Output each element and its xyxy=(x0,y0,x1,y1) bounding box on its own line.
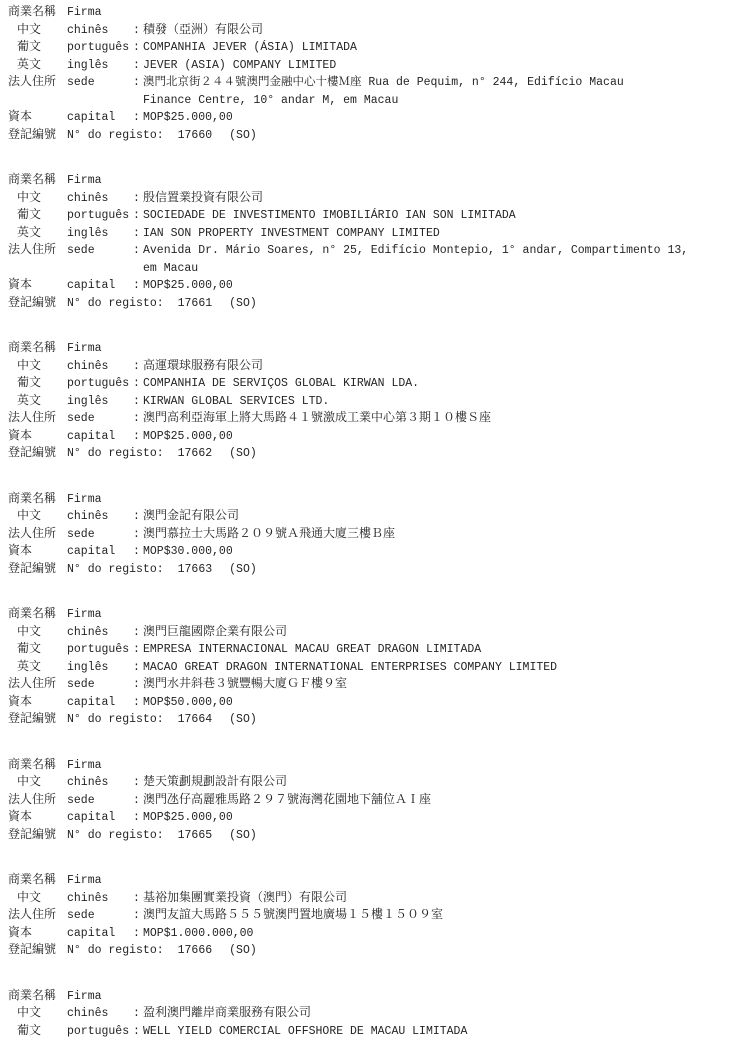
row-registration: 登記編號 N° do registo: 17666 (SO) xyxy=(8,942,745,960)
row-chinese-name: 中文 chinês : 澳門巨龍國際企業有限公司 xyxy=(8,624,745,642)
label-capital-pt: capital xyxy=(67,277,133,295)
registration-suffix: (SO) xyxy=(229,942,257,960)
label-english-pt: inglês xyxy=(67,659,133,677)
colon: : xyxy=(133,358,143,376)
row-portuguese-name: 葡文 português : COMPANHIA JEVER (ÁSIA) LI… xyxy=(8,39,745,57)
label-english-zh: 英文 xyxy=(8,659,67,677)
label-capital-pt: capital xyxy=(67,809,133,827)
label-registration-pt: N° do registo: xyxy=(67,942,164,960)
row-address: 法人住所 sede : 澳門慕拉士大馬路２０９號Ａ飛通大廈三樓Ｂ座 xyxy=(8,526,745,544)
label-capital-pt: capital xyxy=(67,109,133,127)
registration-number: 17665 xyxy=(178,827,213,845)
row-chinese-name: 中文 chinês : 基裕加集團實業投資（澳門）有限公司 xyxy=(8,890,745,908)
label-english-pt: inglês xyxy=(67,57,133,75)
chinese-name-value: 楚天策劃規劃設計有限公司 xyxy=(143,774,745,792)
capital-value: MOP$25.000,00 xyxy=(143,277,745,295)
label-chinese-pt: chinês xyxy=(67,190,133,208)
portuguese-name-value: SOCIEDADE DE INVESTIMENTO IMOBILIÁRIO IA… xyxy=(143,207,745,225)
colon: : xyxy=(133,659,143,677)
label-portuguese-pt: português xyxy=(67,39,133,57)
registration-suffix: (SO) xyxy=(229,561,257,579)
label-address-zh: 法人住所 xyxy=(8,74,67,92)
label-address-pt: sede xyxy=(67,74,133,92)
row-registration: 登記編號 N° do registo: 17660 (SO) xyxy=(8,127,745,145)
colon: : xyxy=(133,792,143,810)
capital-value: MOP$30.000,00 xyxy=(143,543,745,561)
row-portuguese-name: 葡文 português : WELL YIELD COMERCIAL OFFS… xyxy=(8,1023,745,1041)
colon: : xyxy=(133,207,143,225)
label-capital-zh: 資本 xyxy=(8,109,67,127)
label-capital-zh: 資本 xyxy=(8,543,67,561)
colon: : xyxy=(133,641,143,659)
row-firma: 商業名稱 Firma xyxy=(8,757,745,775)
address-value: 澳門北京街２４４號澳門金融中心十樓Ｍ座 Rua de Pequim, n° 24… xyxy=(143,74,745,92)
label-address-pt: sede xyxy=(67,676,133,694)
row-english-name: 英文 inglês : IAN SON PROPERTY INVESTMENT … xyxy=(8,225,745,243)
label-registration-zh: 登記編號 xyxy=(8,295,67,313)
row-chinese-name: 中文 chinês : 盈利澳門離岸商業服務有限公司 xyxy=(8,1005,745,1023)
label-registration-pt: N° do registo: xyxy=(67,127,164,145)
label-firma-zh: 商業名稱 xyxy=(8,491,67,509)
label-registration-pt: N° do registo: xyxy=(67,561,164,579)
label-capital-zh: 資本 xyxy=(8,694,67,712)
label-english-zh: 英文 xyxy=(8,57,67,75)
capital-value: MOP$25.000,00 xyxy=(143,809,745,827)
colon: : xyxy=(133,277,143,295)
chinese-name-value: 澳門巨龍國際企業有限公司 xyxy=(143,624,745,642)
colon: : xyxy=(133,624,143,642)
label-portuguese-pt: português xyxy=(67,641,133,659)
row-registration: 登記編號 N° do registo: 17663 (SO) xyxy=(8,561,745,579)
label-capital-zh: 資本 xyxy=(8,428,67,446)
label-chinese-zh: 中文 xyxy=(8,1005,67,1023)
colon: : xyxy=(133,375,143,393)
row-address: 法人住所 sede : 澳門友誼大馬路５５５號澳門置地廣場１５樓１５０９室 xyxy=(8,907,745,925)
address-value: 澳門水井斜巷３號豐暢大廈ＧＦ樓９室 xyxy=(143,676,745,694)
address-value: 澳門高利亞海軍上將大馬路４１號激成工業中心第３期１０樓Ｓ座 xyxy=(143,410,745,428)
colon: : xyxy=(133,1005,143,1023)
colon: : xyxy=(133,57,143,75)
row-address: 法人住所 sede : Avenida Dr. Mário Soares, n°… xyxy=(8,242,745,260)
label-chinese-pt: chinês xyxy=(67,774,133,792)
label-chinese-zh: 中文 xyxy=(8,774,67,792)
row-address: 法人住所 sede : 澳門北京街２４４號澳門金融中心十樓Ｍ座 Rua de P… xyxy=(8,74,745,92)
label-chinese-zh: 中文 xyxy=(8,508,67,526)
row-firma: 商業名稱 Firma xyxy=(8,172,745,190)
row-capital: 資本 capital : MOP$25.000,00 xyxy=(8,109,745,127)
label-chinese-zh: 中文 xyxy=(8,890,67,908)
chinese-name-value: 盈利澳門離岸商業服務有限公司 xyxy=(143,1005,745,1023)
label-address-zh: 法人住所 xyxy=(8,676,67,694)
colon: : xyxy=(133,410,143,428)
colon: : xyxy=(133,1023,143,1041)
row-portuguese-name: 葡文 português : COMPANHIA DE SERVIÇOS GLO… xyxy=(8,375,745,393)
row-capital: 資本 capital : MOP$30.000,00 xyxy=(8,543,745,561)
english-name-value: IAN SON PROPERTY INVESTMENT COMPANY LIMI… xyxy=(143,225,745,243)
colon: : xyxy=(133,925,143,943)
colon: : xyxy=(133,774,143,792)
row-registration: 登記編號 N° do registo: 17662 (SO) xyxy=(8,445,745,463)
address-value: 澳門慕拉士大馬路２０９號Ａ飛通大廈三樓Ｂ座 xyxy=(143,526,745,544)
label-portuguese-pt: português xyxy=(67,1023,133,1041)
label-address-pt: sede xyxy=(67,242,133,260)
label-chinese-pt: chinês xyxy=(67,508,133,526)
colon: : xyxy=(133,907,143,925)
capital-value: MOP$25.000,00 xyxy=(143,428,745,446)
colon: : xyxy=(133,39,143,57)
address-value: 澳門友誼大馬路５５５號澳門置地廣場１５樓１５０９室 xyxy=(143,907,745,925)
chinese-name-value: 基裕加集團實業投資（澳門）有限公司 xyxy=(143,890,745,908)
colon: : xyxy=(133,109,143,127)
portuguese-name-value: COMPANHIA JEVER (ÁSIA) LIMITADA xyxy=(143,39,745,57)
row-address: 法人住所 sede : 澳門高利亞海軍上將大馬路４１號激成工業中心第３期１０樓Ｓ… xyxy=(8,410,745,428)
row-registration: 登記編號 N° do registo: 17661 (SO) xyxy=(8,295,745,313)
label-chinese-pt: chinês xyxy=(67,1005,133,1023)
label-registration-pt: N° do registo: xyxy=(67,711,164,729)
label-address-pt: sede xyxy=(67,907,133,925)
english-name-value: JEVER (ASIA) COMPANY LIMITED xyxy=(143,57,745,75)
label-english-pt: inglês xyxy=(67,393,133,411)
label-firma-zh: 商業名稱 xyxy=(8,606,67,624)
row-capital: 資本 capital : MOP$25.000,00 xyxy=(8,428,745,446)
row-portuguese-name: 葡文 português : EMPRESA INTERNACIONAL MAC… xyxy=(8,641,745,659)
registration-number: 17661 xyxy=(178,295,213,313)
label-firma-zh: 商業名稱 xyxy=(8,340,67,358)
row-chinese-name: 中文 chinês : 積發（亞洲）有限公司 xyxy=(8,22,745,40)
registration-suffix: (SO) xyxy=(229,295,257,313)
registry-document-page: 商業名稱 Firma 中文 chinês : 積發（亞洲）有限公司 葡文 por… xyxy=(0,0,745,1040)
registration-suffix: (SO) xyxy=(229,827,257,845)
label-chinese-pt: chinês xyxy=(67,890,133,908)
portuguese-name-value: COMPANHIA DE SERVIÇOS GLOBAL KIRWAN LDA. xyxy=(143,375,745,393)
label-chinese-zh: 中文 xyxy=(8,22,67,40)
portuguese-name-value: WELL YIELD COMERCIAL OFFSHORE DE MACAU L… xyxy=(143,1023,745,1041)
row-address-continued: Finance Centre, 10° andar M, em Macau xyxy=(8,92,745,110)
label-registration-zh: 登記編號 xyxy=(8,942,67,960)
label-capital-zh: 資本 xyxy=(8,809,67,827)
colon: : xyxy=(133,190,143,208)
registry-entry: 商業名稱 Firma 中文 chinês : 盈利澳門離岸商業服務有限公司 葡文… xyxy=(8,988,745,1041)
registry-entry: 商業名稱 Firma 中文 chinês : 澳門巨龍國際企業有限公司 葡文 p… xyxy=(8,606,745,729)
colon: : xyxy=(133,225,143,243)
row-chinese-name: 中文 chinês : 澳門金記有限公司 xyxy=(8,508,745,526)
label-firma-pt: Firma xyxy=(67,988,133,1006)
label-registration-zh: 登記編號 xyxy=(8,827,67,845)
label-chinese-pt: chinês xyxy=(67,624,133,642)
label-firma-pt: Firma xyxy=(67,340,133,358)
registration-suffix: (SO) xyxy=(229,127,257,145)
label-registration-pt: N° do registo: xyxy=(67,295,164,313)
registration-number: 17664 xyxy=(178,711,213,729)
colon: : xyxy=(133,508,143,526)
colon: : xyxy=(133,393,143,411)
colon: : xyxy=(133,694,143,712)
row-capital: 資本 capital : MOP$50.000,00 xyxy=(8,694,745,712)
row-portuguese-name: 葡文 português : SOCIEDADE DE INVESTIMENTO… xyxy=(8,207,745,225)
label-chinese-pt: chinês xyxy=(67,358,133,376)
colon: : xyxy=(133,676,143,694)
row-firma: 商業名稱 Firma xyxy=(8,872,745,890)
label-address-pt: sede xyxy=(67,410,133,428)
registry-entry: 商業名稱 Firma 中文 chinês : 高運環球服務有限公司 葡文 por… xyxy=(8,340,745,463)
label-registration-zh: 登記編號 xyxy=(8,127,67,145)
label-firma-pt: Firma xyxy=(67,172,133,190)
registration-number: 17662 xyxy=(178,445,213,463)
label-address-zh: 法人住所 xyxy=(8,792,67,810)
label-capital-zh: 資本 xyxy=(8,925,67,943)
english-name-value: KIRWAN GLOBAL SERVICES LTD. xyxy=(143,393,745,411)
registration-suffix: (SO) xyxy=(229,711,257,729)
row-address-continued: em Macau xyxy=(8,260,745,278)
label-address-zh: 法人住所 xyxy=(8,410,67,428)
label-chinese-pt: chinês xyxy=(67,22,133,40)
chinese-name-value: 澳門金記有限公司 xyxy=(143,508,745,526)
registration-number: 17660 xyxy=(178,127,213,145)
colon: : xyxy=(133,428,143,446)
label-registration-zh: 登記編號 xyxy=(8,445,67,463)
label-chinese-zh: 中文 xyxy=(8,190,67,208)
registry-entry: 商業名稱 Firma 中文 chinês : 積發（亞洲）有限公司 葡文 por… xyxy=(8,4,745,144)
row-english-name: 英文 inglês : KIRWAN GLOBAL SERVICES LTD. xyxy=(8,393,745,411)
label-firma-pt: Firma xyxy=(67,757,133,775)
label-firma-zh: 商業名稱 xyxy=(8,988,67,1006)
row-capital: 資本 capital : MOP$25.000,00 xyxy=(8,277,745,295)
address-value: 澳門氹仔高麗雅馬路２９７號海灣花園地下舖位ＡＩ座 xyxy=(143,792,745,810)
colon: : xyxy=(133,809,143,827)
row-address: 法人住所 sede : 澳門水井斜巷３號豐暢大廈ＧＦ樓９室 xyxy=(8,676,745,694)
address-value-line2: em Macau xyxy=(143,260,745,278)
row-capital: 資本 capital : MOP$1.000.000,00 xyxy=(8,925,745,943)
address-value: Avenida Dr. Mário Soares, n° 25, Edifíci… xyxy=(143,242,745,260)
label-firma-zh: 商業名稱 xyxy=(8,172,67,190)
registration-number: 17666 xyxy=(178,942,213,960)
label-capital-pt: capital xyxy=(67,543,133,561)
row-capital: 資本 capital : MOP$25.000,00 xyxy=(8,809,745,827)
label-english-zh: 英文 xyxy=(8,393,67,411)
label-firma-zh: 商業名稱 xyxy=(8,4,67,22)
label-firma-zh: 商業名稱 xyxy=(8,757,67,775)
label-capital-pt: capital xyxy=(67,428,133,446)
label-portuguese-zh: 葡文 xyxy=(8,1023,67,1041)
label-firma-pt: Firma xyxy=(67,4,133,22)
label-address-pt: sede xyxy=(67,526,133,544)
label-portuguese-pt: português xyxy=(67,207,133,225)
registry-entry: 商業名稱 Firma 中文 chinês : 楚天策劃規劃設計有限公司 法人住所… xyxy=(8,757,745,845)
colon: : xyxy=(133,543,143,561)
row-english-name: 英文 inglês : MACAO GREAT DRAGON INTERNATI… xyxy=(8,659,745,677)
label-firma-pt: Firma xyxy=(67,872,133,890)
label-registration-zh: 登記編號 xyxy=(8,711,67,729)
row-registration: 登記編號 N° do registo: 17664 (SO) xyxy=(8,711,745,729)
row-firma: 商業名稱 Firma xyxy=(8,4,745,22)
label-registration-pt: N° do registo: xyxy=(67,445,164,463)
row-firma: 商業名稱 Firma xyxy=(8,988,745,1006)
registry-entry: 商業名稱 Firma 中文 chinês : 澳門金記有限公司 法人住所 sed… xyxy=(8,491,745,579)
label-portuguese-zh: 葡文 xyxy=(8,39,67,57)
row-english-name: 英文 inglês : JEVER (ASIA) COMPANY LIMITED xyxy=(8,57,745,75)
label-portuguese-pt: português xyxy=(67,375,133,393)
label-capital-zh: 資本 xyxy=(8,277,67,295)
row-firma: 商業名稱 Firma xyxy=(8,340,745,358)
label-firma-pt: Firma xyxy=(67,606,133,624)
label-address-zh: 法人住所 xyxy=(8,907,67,925)
label-english-zh: 英文 xyxy=(8,225,67,243)
capital-value: MOP$25.000,00 xyxy=(143,109,745,127)
row-chinese-name: 中文 chinês : 殷信置業投資有限公司 xyxy=(8,190,745,208)
label-registration-zh: 登記編號 xyxy=(8,561,67,579)
capital-value: MOP$50.000,00 xyxy=(143,694,745,712)
chinese-name-value: 積發（亞洲）有限公司 xyxy=(143,22,745,40)
row-address: 法人住所 sede : 澳門氹仔高麗雅馬路２９７號海灣花園地下舖位ＡＩ座 xyxy=(8,792,745,810)
colon: : xyxy=(133,526,143,544)
row-chinese-name: 中文 chinês : 楚天策劃規劃設計有限公司 xyxy=(8,774,745,792)
label-portuguese-zh: 葡文 xyxy=(8,207,67,225)
label-address-pt: sede xyxy=(67,792,133,810)
colon: : xyxy=(133,890,143,908)
colon: : xyxy=(133,74,143,92)
label-english-pt: inglês xyxy=(67,225,133,243)
registry-entry: 商業名稱 Firma 中文 chinês : 殷信置業投資有限公司 葡文 por… xyxy=(8,172,745,312)
chinese-name-value: 殷信置業投資有限公司 xyxy=(143,190,745,208)
colon: : xyxy=(133,22,143,40)
label-capital-pt: capital xyxy=(67,925,133,943)
label-capital-pt: capital xyxy=(67,694,133,712)
row-chinese-name: 中文 chinês : 高運環球服務有限公司 xyxy=(8,358,745,376)
english-name-value: MACAO GREAT DRAGON INTERNATIONAL ENTERPR… xyxy=(143,659,745,677)
colon: : xyxy=(133,242,143,260)
label-firma-pt: Firma xyxy=(67,491,133,509)
label-chinese-zh: 中文 xyxy=(8,624,67,642)
label-portuguese-zh: 葡文 xyxy=(8,375,67,393)
row-firma: 商業名稱 Firma xyxy=(8,606,745,624)
registry-entry: 商業名稱 Firma 中文 chinês : 基裕加集團實業投資（澳門）有限公司… xyxy=(8,872,745,960)
chinese-name-value: 高運環球服務有限公司 xyxy=(143,358,745,376)
row-registration: 登記編號 N° do registo: 17665 (SO) xyxy=(8,827,745,845)
registration-suffix: (SO) xyxy=(229,445,257,463)
label-registration-pt: N° do registo: xyxy=(67,827,164,845)
label-portuguese-zh: 葡文 xyxy=(8,641,67,659)
label-firma-zh: 商業名稱 xyxy=(8,872,67,890)
label-address-zh: 法人住所 xyxy=(8,526,67,544)
row-firma: 商業名稱 Firma xyxy=(8,491,745,509)
label-chinese-zh: 中文 xyxy=(8,358,67,376)
label-address-zh: 法人住所 xyxy=(8,242,67,260)
portuguese-name-value: EMPRESA INTERNACIONAL MACAU GREAT DRAGON… xyxy=(143,641,745,659)
capital-value: MOP$1.000.000,00 xyxy=(143,925,745,943)
address-value-line2: Finance Centre, 10° andar M, em Macau xyxy=(143,92,745,110)
registration-number: 17663 xyxy=(178,561,213,579)
